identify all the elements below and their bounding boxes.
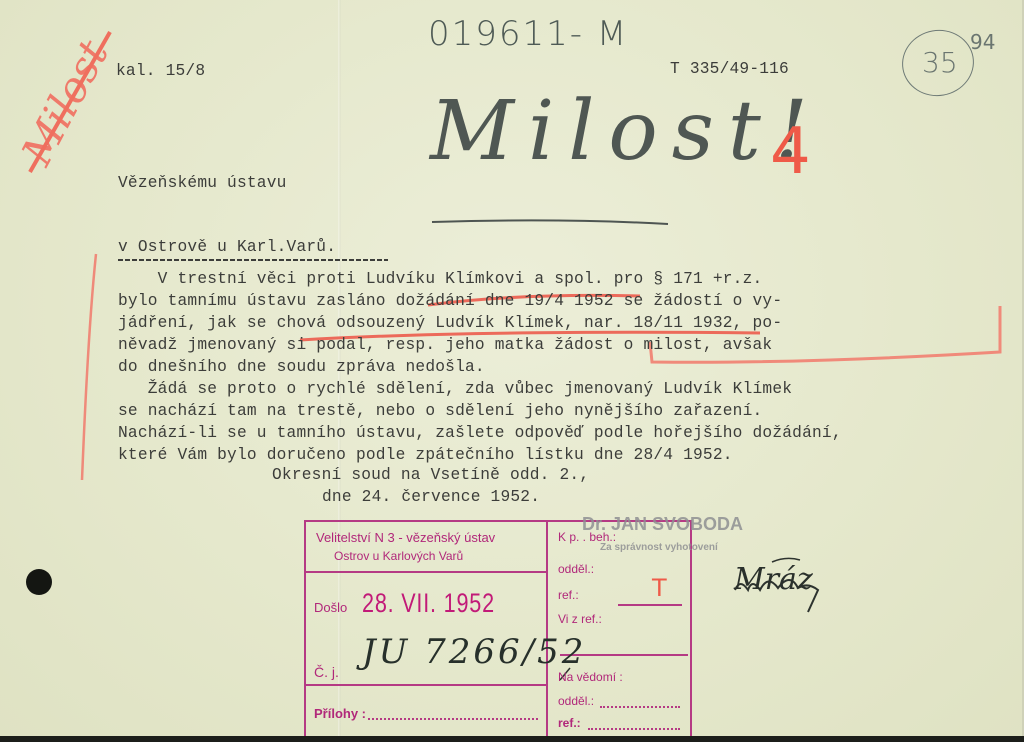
dotted-line: [600, 706, 680, 708]
stamp-right-2: odděl.:: [558, 562, 594, 576]
received-date: 28. VII. 1952: [362, 588, 495, 619]
name-stamp-title: Za správnost vyhotovení: [600, 542, 718, 553]
body-line: Žádá se proto o rychlé sdělení, zda vůbe…: [118, 378, 842, 400]
stamp-right-7: ref.:: [558, 716, 581, 730]
dotted-line: [368, 718, 538, 720]
name-stamp: Dr. JAN SVOBODA: [582, 514, 743, 535]
body-line: bylo tamnímu ústavu zasláno dožádání dne…: [118, 290, 842, 312]
stamp-right-3: ref.:: [558, 588, 579, 602]
dotted-line: [588, 728, 680, 730]
letter-date: dne 24. července 1952.: [322, 486, 540, 508]
received-label: Došlo: [314, 600, 347, 615]
letter-body: V trestní věci proti Ludvíku Klímkovi a …: [118, 268, 842, 466]
ref-value: T: [652, 574, 667, 602]
handwritten-initials: Mráz: [734, 562, 813, 597]
stamp-header-1: Velitelství N 3 - vězeňský ústav: [316, 530, 495, 545]
body-line: něvadž jmenovaný si podal, resp. jeho ma…: [118, 334, 842, 356]
body-line: V trestní věci proti Ludvíku Klímkovi a …: [118, 268, 842, 290]
stamp-divider: [546, 520, 548, 736]
addressee-line-2: v Ostrově u Karl.Varů.: [118, 236, 336, 258]
addressee-line-1: Vězeňskému ústavu: [118, 172, 287, 194]
stamp-divider: [304, 571, 548, 573]
body-line: se nachází tam na trestě, nebo o sdělení…: [118, 400, 842, 422]
stamp-divider: [304, 684, 548, 686]
stamp-right-5: Na vědomí :: [558, 670, 623, 684]
stamp-header-2: Ostrov u Karlových Varů: [334, 549, 463, 563]
stamp-right-6: odděl.:: [558, 694, 594, 708]
stamp-right-4: Vi z ref.:: [558, 612, 602, 626]
attachments-label: Přílohy :: [314, 706, 366, 721]
court-signature: Okresní soud na Vsetíně odd. 2.,: [272, 464, 589, 486]
body-line: Nachází-li se u tamního ústavu, zašlete …: [118, 422, 842, 444]
body-line: které Vám bylo doručeno podle zpátečního…: [118, 444, 842, 466]
body-line: jádření, jak se chová odsouzený Ludvík K…: [118, 312, 842, 334]
reference-value: JU 7266/52: [362, 632, 586, 672]
stamp-divider: [618, 604, 682, 606]
body-line: do dnešního dne soudu zpráva nedošla.: [118, 356, 842, 378]
reference-label: Č. j.: [314, 664, 339, 680]
paper-bottom-edge: [0, 736, 1024, 742]
